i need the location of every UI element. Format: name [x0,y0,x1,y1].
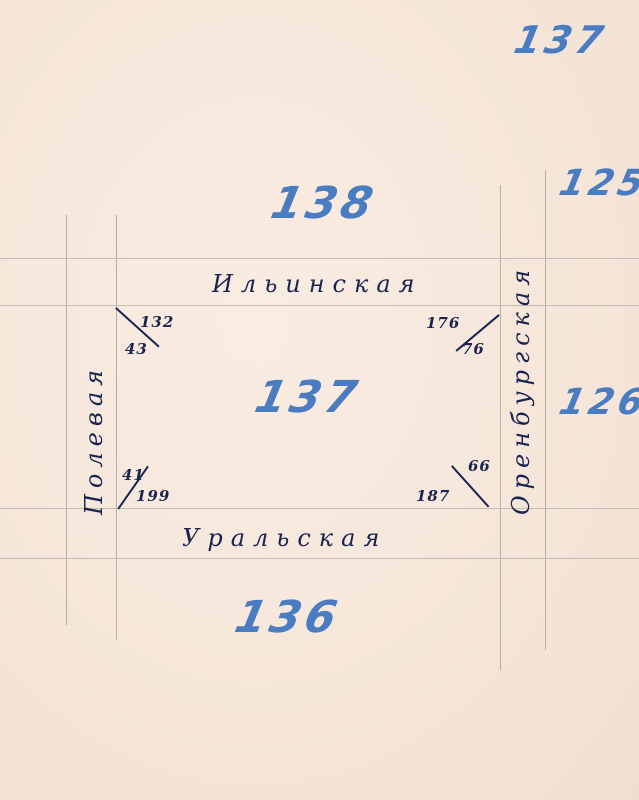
block-number-north: 138 [267,178,382,229]
block-number-top-right: 137 [510,18,611,62]
grid-line-v4 [545,170,546,650]
street-south-label: Уральская [182,524,387,552]
block-number-east-lower: 126 [556,382,639,423]
corner-nw-bottom: 43 [125,340,148,358]
corner-se-left: 187 [416,487,450,505]
street-west-label: Полевая [80,364,108,515]
grid-line-v2 [116,215,117,640]
block-number-east-upper: 125 [556,163,639,204]
corner-sw-bottom: 199 [136,487,170,505]
corner-ne-top: 176 [426,314,460,332]
block-number-center: 137 [251,372,366,423]
grid-line-v1 [66,215,67,625]
corner-nw-top: 132 [140,313,174,331]
corner-sw-top: 41 [122,466,145,484]
block-number-south: 136 [231,592,346,643]
grid-line-h1 [0,258,639,259]
street-east-label: Оренбургская [507,264,535,515]
street-north-label: Ильинская [212,270,423,298]
grid-line-h4 [0,558,639,559]
corner-se-top: 66 [468,457,491,475]
corner-ne-bottom: 76 [462,340,485,358]
grid-line-h2 [0,305,639,306]
